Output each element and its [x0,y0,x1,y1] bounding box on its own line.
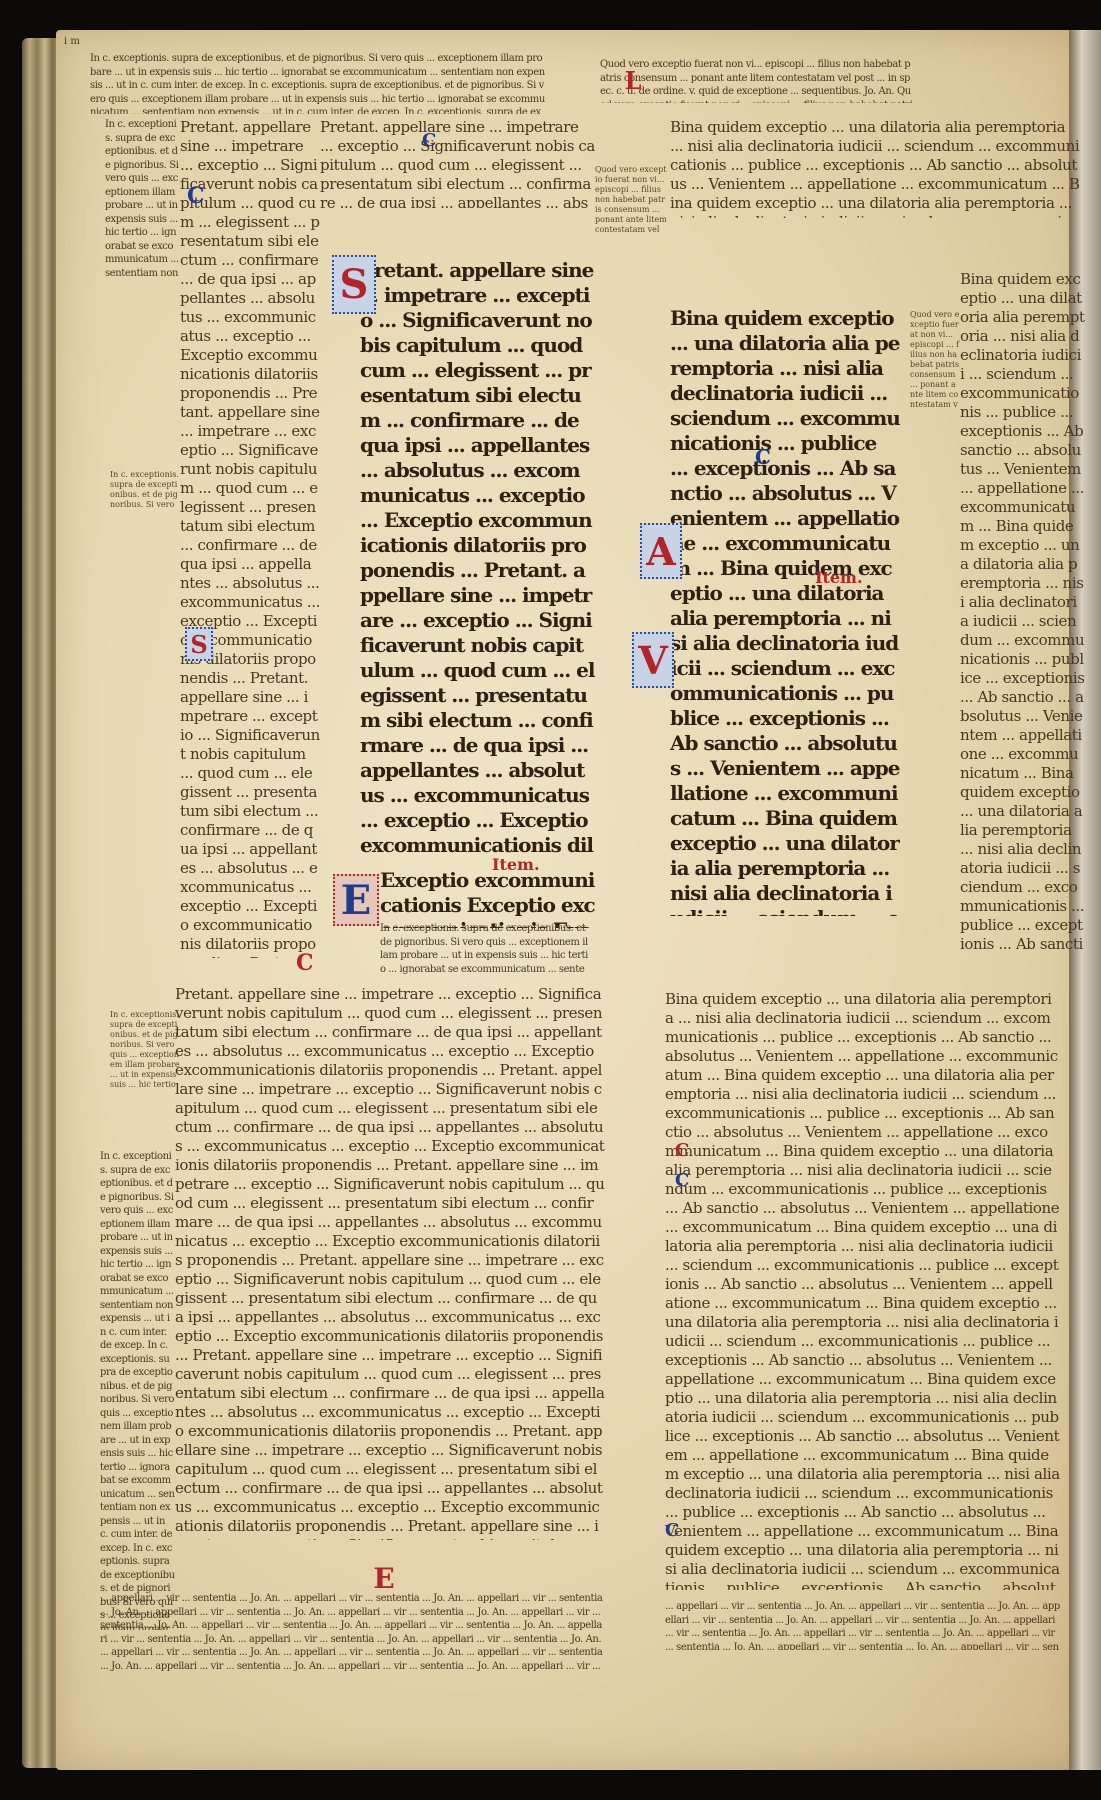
initial-A: A [640,523,682,579]
main-text-column-2: Bina quidem exceptio ... una dilatoria a… [670,306,900,916]
folio-mark: i m [64,36,80,47]
initial-E: E [333,874,379,926]
paragraph-mark: C [187,183,205,209]
book-fore-edge [22,38,60,1768]
gloss-column-1-top: Pretant. appellare sine ... impetrare ..… [320,118,595,208]
marginal-note-1: Quod vero exceptio fuerat non vi... epis… [595,165,667,235]
gloss-column-left: Pretant. appellare sine ... impetrare ..… [180,118,320,958]
gloss-margin-left-1: In c. exceptionis. supra de exceptionibu… [105,118,180,278]
rubric-item: Item. [492,855,540,874]
paragraph-mark: C [296,950,314,976]
marginal-note-4: In c. exceptionis. supra de exceptionibu… [110,1010,180,1090]
paragraph-mark: C [755,445,771,469]
gloss-lower-right: Bina quidem exceptio ... una dilatoria a… [665,990,1060,1590]
gloss-lower-left: Pretant. appellare sine ... impetrare ..… [175,985,605,1540]
gloss-top-right: Quod vero exceptio fuerat non vi... epis… [600,58,915,103]
main-text-column-1-rubric: Exceptio excommunicationis Exceptio exco… [380,868,595,928]
initial-L: L [622,66,644,94]
main-text-column-1: Pretant. appellare sine ... impetrare ..… [360,258,595,853]
gloss-under-E: In c. exceptionis. supra de exceptionibu… [380,922,590,977]
initial-E-bottom: E [370,1560,398,1596]
marginal-note-2: Quod vero exceptio fuerat non vi... epis… [910,310,960,410]
gloss-bottom-right: ... appellari ... vir ... sententia ... … [665,1600,1060,1650]
initial-S-small: S [185,627,213,661]
paragraph-mark: C [422,130,436,151]
paragraph-mark: C [665,1520,679,1541]
initial-V: V [632,632,674,688]
gloss-top-left: In c. exceptionis. supra de exceptionibu… [90,52,545,114]
gloss-bottom: ... appellari ... vir ... sententia ... … [100,1592,605,1672]
gloss-column-2-top: Bina quidem exceptio ... una dilatoria a… [670,118,1080,218]
initial-S: S [332,255,376,314]
gloss-column-right: Bina quidem exceptio ... una dilatoria a… [960,270,1085,950]
paragraph-mark: C [675,1170,689,1191]
gloss-lower-margin: In c. exceptionis. supra de exceptionibu… [100,1150,175,1630]
rubric-item: Item. [815,568,863,587]
paragraph-mark: C [675,1140,689,1161]
marginal-note-3: In c. exceptionis. supra de exceptionibu… [110,470,180,510]
